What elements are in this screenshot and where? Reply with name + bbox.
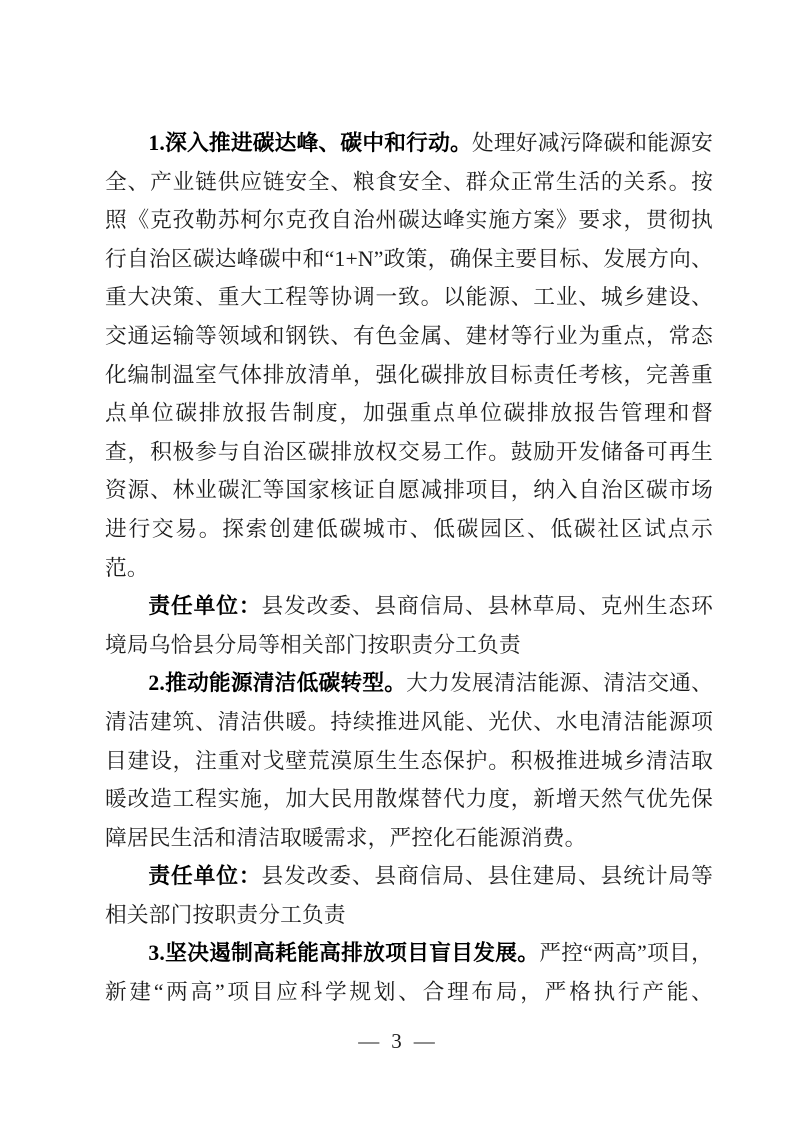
numbered-item-1: 1.深入推进碳达峰、碳中和行动。处理好减污降碳和能源安全、产业链供应链安全、粮食… — [105, 124, 713, 587]
responsibility-unit-2: 责任单位：县发改委、县商信局、县住建局、县统计局等相关部门按职责分工负责 — [105, 857, 713, 934]
document-body: 1.深入推进碳达峰、碳中和行动。处理好减污降碳和能源安全、产业链供应链安全、粮食… — [105, 124, 713, 1012]
numbered-item-1-text: 处理好减污降碳和能源安全、产业链供应链安全、粮食安全、群众正常生活的关系。按照《… — [105, 131, 713, 580]
document-page: 1.深入推进碳达峰、碳中和行动。处理好减污降碳和能源安全、产业链供应链安全、粮食… — [0, 0, 793, 1122]
responsibility-unit-1: 责任单位：县发改委、县商信局、县林草局、克州生态环境局乌恰县分局等相关部门按职责… — [105, 587, 713, 664]
responsibility-unit-2-label: 责任单位： — [148, 864, 261, 888]
numbered-item-2-text: 大力发展清洁能源、清洁交通、清洁建筑、清洁供暖。持续推进风能、光伏、水电清洁能源… — [105, 671, 713, 849]
numbered-item-3: 3.坚决遏制高耗能高排放项目盲目发展。严控“两高”项目，新建“两高”项目应科学规… — [105, 934, 713, 1011]
page-number: — 3 — — [358, 1029, 434, 1053]
numbered-item-3-heading: 3.坚决遏制高耗能高排放项目盲目发展。 — [148, 941, 539, 965]
numbered-item-1-heading: 1.深入推进碳达峰、碳中和行动。 — [148, 131, 472, 155]
responsibility-unit-1-label: 责任单位： — [148, 594, 261, 618]
page-footer: — 3 — — [0, 1028, 793, 1054]
numbered-item-2-heading: 2.推动能源清洁低碳转型。 — [148, 671, 406, 695]
numbered-item-2: 2.推动能源清洁低碳转型。大力发展清洁能源、清洁交通、清洁建筑、清洁供暖。持续推… — [105, 664, 713, 857]
